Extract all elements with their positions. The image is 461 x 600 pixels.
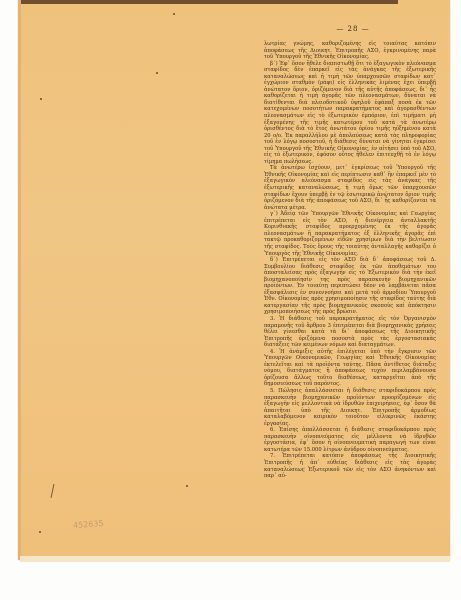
paragraph: λωτρίας γνώμης, καθοριζομένης εἰς τοιαύτ… xyxy=(264,41,436,61)
paragraph: γ΄) Ἀδείᾳ τῶν Ὑπουργῶν Ἐθνικῆς Οἰκονομία… xyxy=(264,211,436,257)
paragraph: δ΄) Ἐπιτρέπεται εἰς τὸν ΑΣΟ διὰ δ΄ ἀποφά… xyxy=(264,257,436,316)
paragraph: 5. Πώλησις ἀπαλλάσσεται ἡ διάθεσις σταφι… xyxy=(264,388,436,427)
document-page: — 28 — λωτρίας γνώμης, καθοριζομένης εἰς… xyxy=(18,0,450,560)
paragraph: 4. Ἡ ἀνάμιξις αὐτῆς ἐπιλέγεται ὑπὸ τὴν ἔ… xyxy=(264,349,436,388)
paper-speck xyxy=(173,13,175,15)
pencil-mark xyxy=(51,484,55,498)
paragraph: β΄) Ἐφ᾽ ὅσον ἤθελε διαπιστωθῇ ὅτι τὸ ἐξα… xyxy=(264,61,436,166)
paragraph: Τὰ ἀνωτέρω ἰσχύουν, μετ᾽ ἐγκρίσεως τοῦ Ὑ… xyxy=(264,165,436,211)
paragraph: 7. Ἐπιτρέπεται κατόπιν ἀποφάσεως τῆς Διο… xyxy=(264,453,436,479)
paper-speck xyxy=(39,531,41,533)
paper-speck xyxy=(156,72,158,74)
paragraph: 6. Ἐπίσης ἀπαλλάσσεται ἡ διάθεσις σταφιδ… xyxy=(264,427,436,453)
scan-top-shadow xyxy=(18,0,398,4)
archive-stamp: 452635 xyxy=(73,519,104,530)
page-left-edge xyxy=(18,0,21,560)
paragraph: 3. Ἡ διάθεσις τοῦ παρακρατήματος εἰς τὸν… xyxy=(264,316,436,349)
text-column: λωτρίας γνώμης, καθοριζομένης εἰς τοιαύτ… xyxy=(264,41,436,480)
page-bottom-edge xyxy=(20,556,450,562)
paper-speck xyxy=(40,98,42,100)
page-number: — 28 — xyxy=(303,25,403,33)
paper-speck xyxy=(186,485,188,487)
